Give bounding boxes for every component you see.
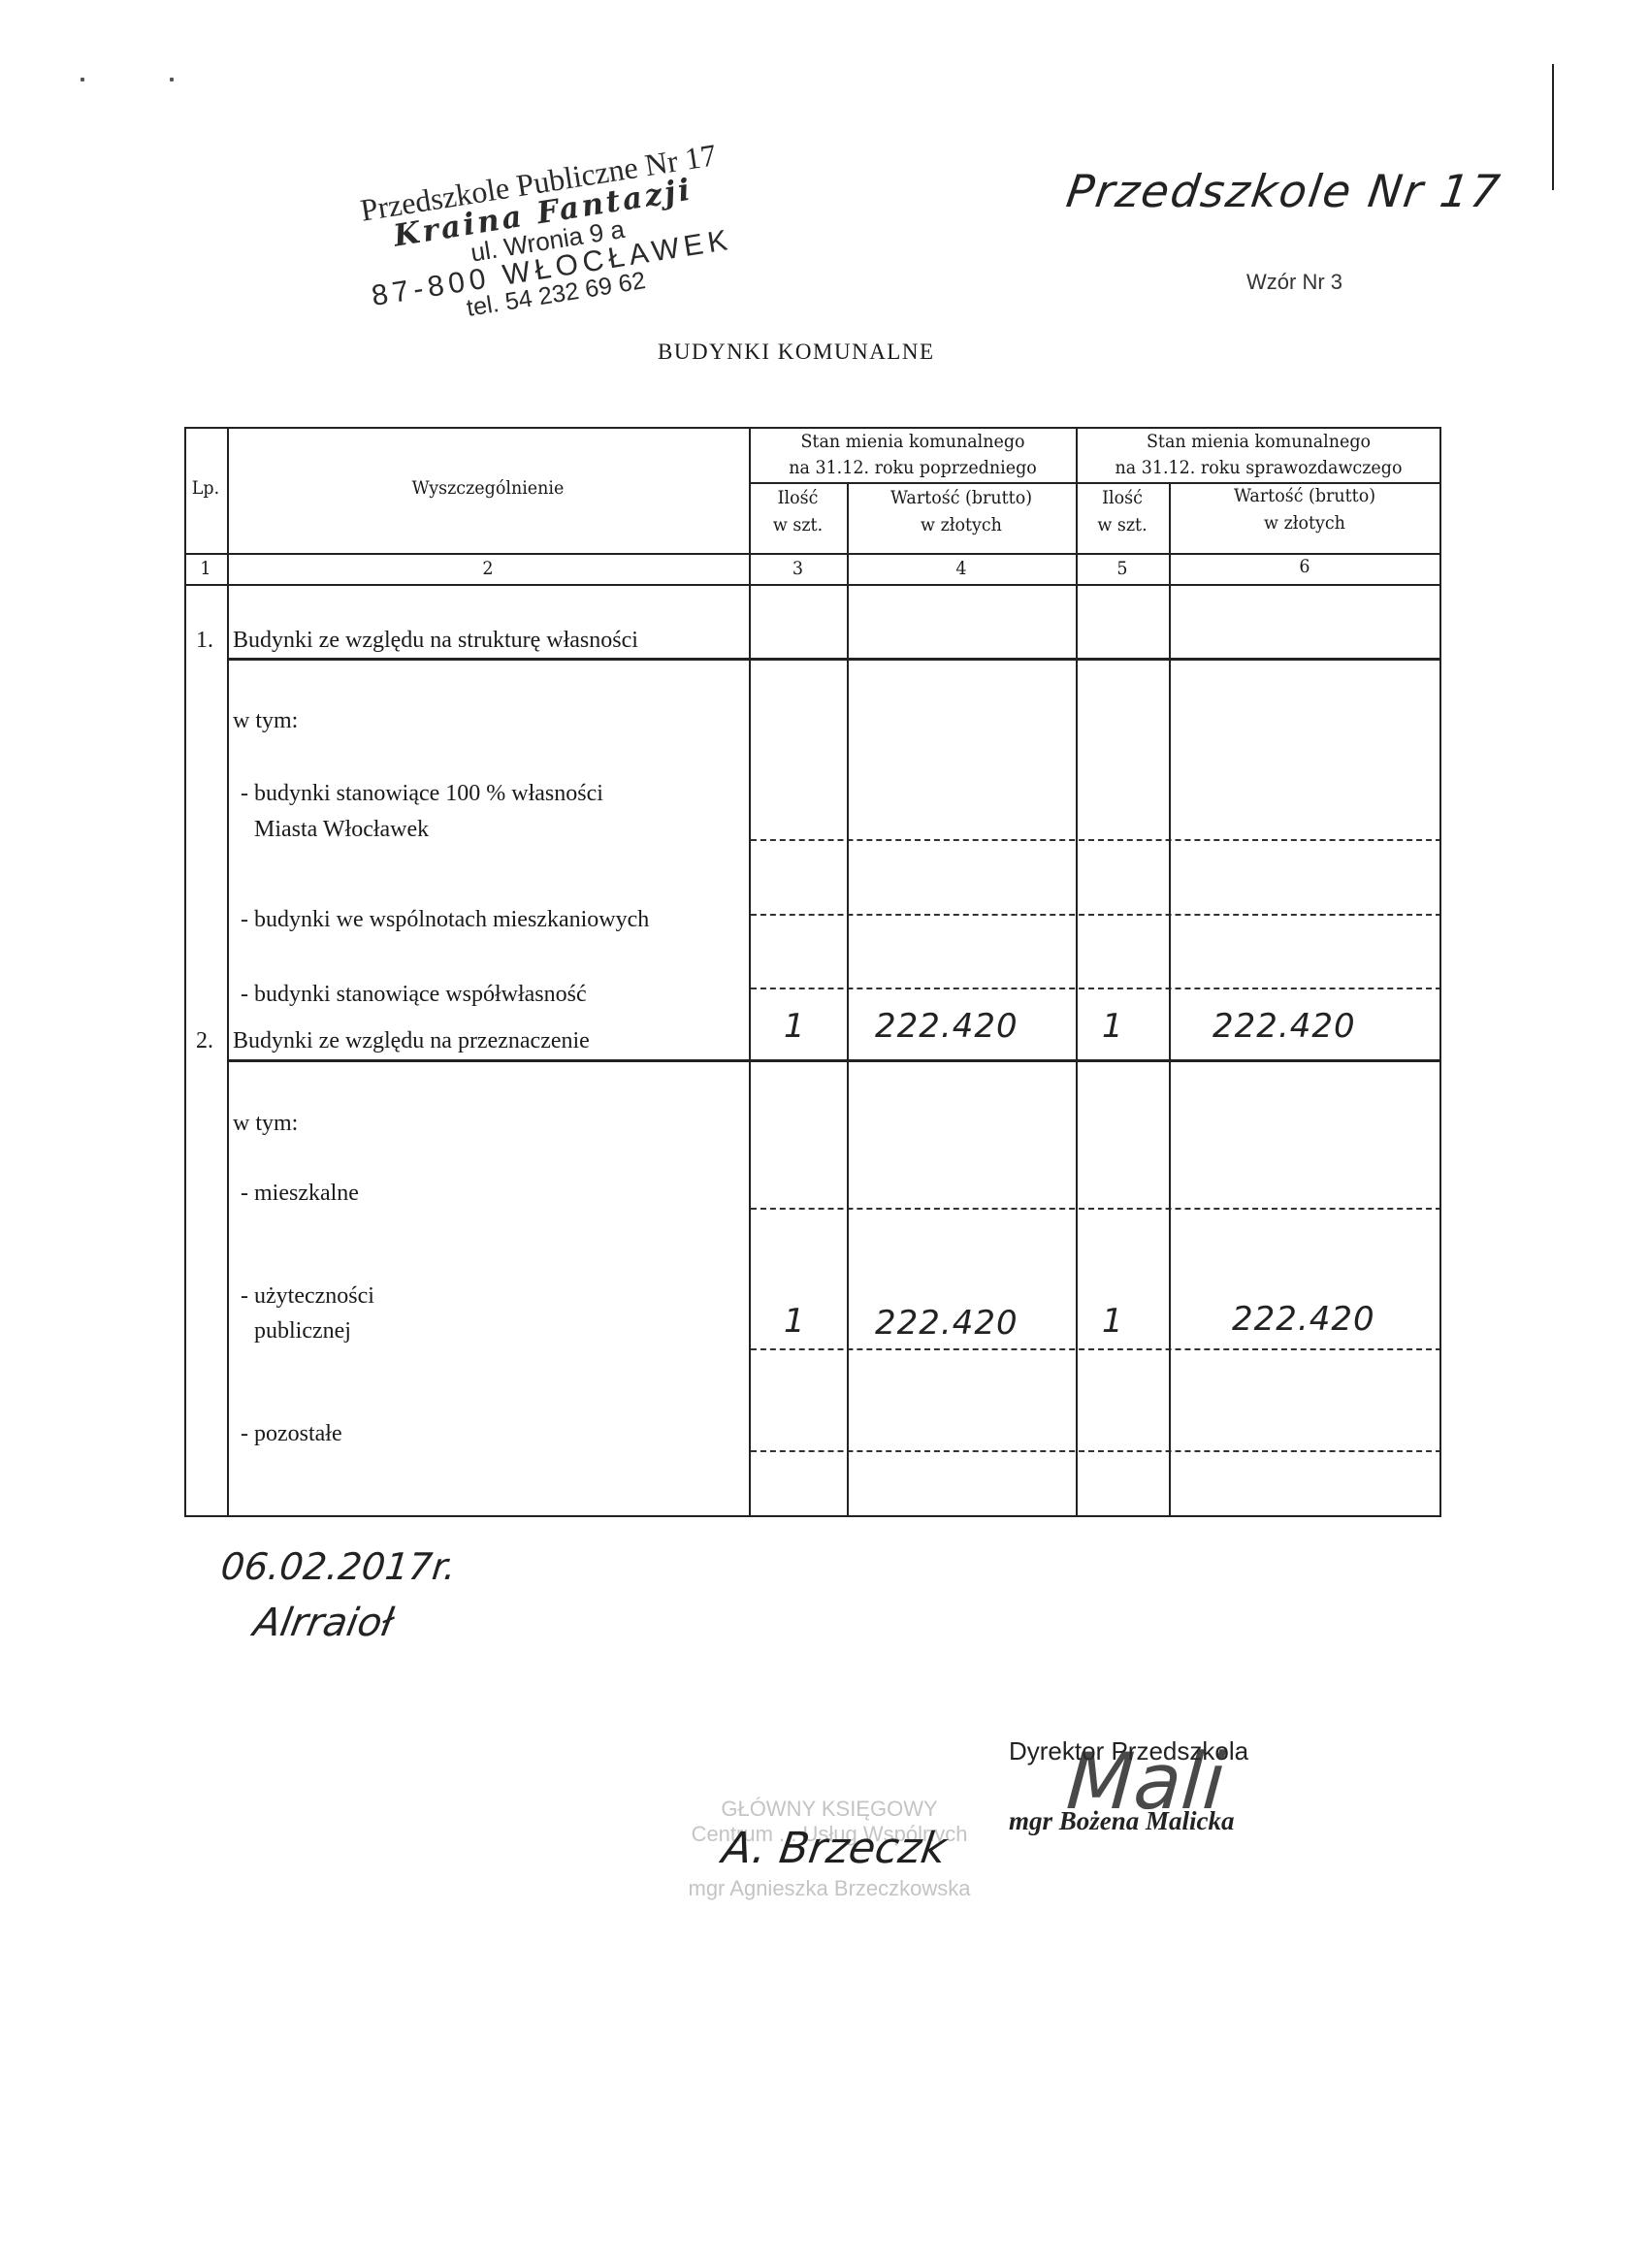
column-number: 4 xyxy=(856,556,1066,582)
header-qty-prev-unit: w szt. xyxy=(753,512,843,538)
row-label: w tym: xyxy=(233,703,298,738)
row-label: Budynki ze względu na przeznaczenie xyxy=(233,1023,590,1058)
row-label-cont: publicznej xyxy=(254,1313,351,1348)
handwritten-date: 06.02.2017r. xyxy=(219,1545,458,1588)
scan-speck xyxy=(170,78,174,81)
scan-speck xyxy=(81,78,84,81)
header-qty-curr-unit: w szt. xyxy=(1080,512,1165,538)
row-value-curr: 222.420 xyxy=(1212,1007,1356,1046)
header-value-prev-unit: w złotych xyxy=(856,512,1066,538)
signature-left: Alrraioł xyxy=(250,1601,397,1645)
director-name: mgr Bożena Malicka xyxy=(1009,1806,1235,1836)
scan-edge-mark xyxy=(1552,64,1554,190)
row-qty-curr: 1 xyxy=(1102,1302,1124,1341)
column-number: 1 xyxy=(186,556,225,582)
header-value-prev: Wartość (brutto) xyxy=(856,485,1066,511)
header-lp: Lp. xyxy=(186,475,225,502)
row-label: Budynki ze względu na strukturę własnośc… xyxy=(233,623,638,658)
document-title: BUDYNKI KOMUNALNE xyxy=(658,340,935,365)
signature-accountant: A. Brzeczk xyxy=(719,1824,949,1873)
row-label: - budynki stanowiące 100 % własności xyxy=(241,776,603,811)
stamp-line: GŁÓWNY KSIĘGOWY xyxy=(684,1797,975,1822)
row-label: w tym: xyxy=(233,1106,298,1141)
header-qty-curr: Ilość xyxy=(1080,485,1165,511)
row-qty-prev: 1 xyxy=(784,1302,806,1341)
column-number: 6 xyxy=(1180,554,1430,580)
row-value-prev: 222.420 xyxy=(875,1007,1018,1046)
row-value-prev: 222.420 xyxy=(875,1304,1018,1343)
header-group-prev: Stan mienia komunalnego xyxy=(762,429,1064,455)
stamp-line: mgr Agnieszka Brzeczkowska xyxy=(684,1876,975,1901)
row-qty-prev: 1 xyxy=(784,1007,806,1046)
header-group-prev-date: na 31.12. roku poprzedniego xyxy=(762,455,1064,481)
header-value-curr: Wartość (brutto) xyxy=(1180,483,1430,509)
row-label: - mieszkalne xyxy=(241,1176,359,1211)
header-description: Wyszczególnienie xyxy=(248,475,728,502)
row-value-curr: 222.420 xyxy=(1232,1300,1375,1339)
handwritten-note: Przedszkole Nr 17 xyxy=(1063,165,1504,217)
column-number: 3 xyxy=(753,556,843,582)
column-number: 2 xyxy=(248,556,728,582)
header-qty-prev: Ilość xyxy=(753,485,843,511)
column-number: 5 xyxy=(1080,556,1165,582)
property-table: Lp. Wyszczególnienie Stan mienia komunal… xyxy=(184,427,1441,1517)
header-group-curr-date: na 31.12. roku sprawozdawczego xyxy=(1090,455,1427,481)
header-group-curr: Stan mienia komunalnego xyxy=(1090,429,1427,455)
row-label: - użyteczności xyxy=(241,1279,374,1313)
header-value-curr-unit: w złotych xyxy=(1180,510,1430,536)
row-lp: 2. xyxy=(196,1023,213,1058)
row-qty-curr: 1 xyxy=(1102,1007,1124,1046)
institution-stamp: Przedszkole Publiczne Nr 17 Kraina Fanta… xyxy=(335,135,760,340)
row-lp: 1. xyxy=(196,623,213,658)
row-label: - budynki we wspólnotach mieszkaniowych xyxy=(241,902,649,937)
row-label: - budynki stanowiące współwłasność xyxy=(241,977,587,1012)
row-label: - pozostałe xyxy=(241,1416,342,1451)
row-label-cont: Miasta Włocławek xyxy=(254,812,429,847)
form-label: Wzór Nr 3 xyxy=(1246,270,1342,295)
